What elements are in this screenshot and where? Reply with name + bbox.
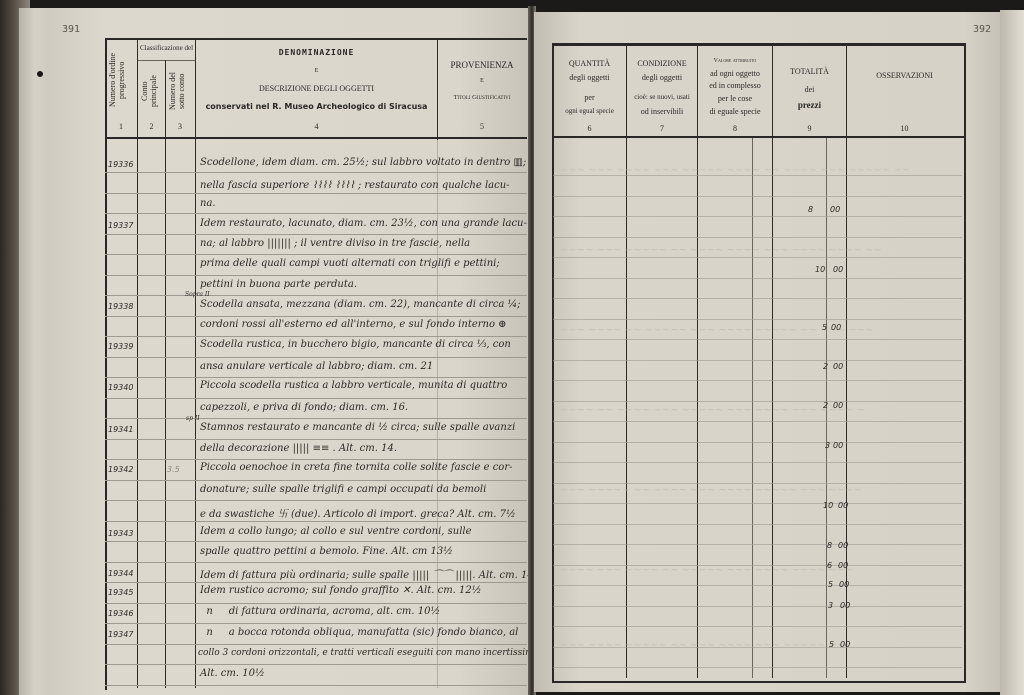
price-lire: 10 (823, 501, 833, 510)
entry-line: n a bocca rotonda obliqua, manufatta (si… (200, 627, 518, 638)
price-lire: 8 (827, 541, 832, 550)
header-col1-number: 1 (105, 122, 137, 131)
ruled-line (553, 667, 962, 668)
ruled-line (553, 401, 962, 402)
bleed-through-text: ~~~~ ~~~ ~~~~~ ~~ ~~~~ ~~~~ ~~~ ~~~~ ~~~… (560, 245, 882, 256)
header-valore-l5: di eguale specie (698, 106, 772, 117)
price-cents: 00 (839, 580, 849, 589)
price-lire: 2 (823, 401, 828, 410)
price-lire: 5 (822, 323, 827, 332)
entry-line: capezzoli, e priva di fondo; diam. cm. 1… (200, 402, 408, 413)
header-totalita-title: TOTALITÀ (773, 66, 846, 77)
header-col2-number: 2 (138, 122, 165, 131)
header-valore-l3: ed in complesso (698, 80, 772, 91)
header-col4-number: 4 (196, 122, 437, 131)
ruled-line (553, 503, 962, 504)
ruled-line (105, 234, 527, 235)
header-col5-number: 5 (438, 122, 526, 131)
right-page-number: 392 (973, 24, 991, 35)
entry-number: 19337 (108, 221, 133, 230)
entry-number: 19347 (108, 630, 133, 639)
header-totalita-l3: prezzi (773, 100, 846, 111)
ruled-line (553, 606, 962, 607)
bleed-through-text: ~~~ ~~~~~ ~~ ~~~~ ~~~ ~~~~ ~~~~~ ~~~ ~~~… (560, 485, 862, 496)
entry-line: collo 3 cordoni orizzontali, e tratti ve… (198, 648, 539, 658)
entry-line: donature; sulle spalle triglifi e campi … (200, 484, 486, 495)
left-header-rule (105, 137, 527, 139)
price-cents: 00 (840, 601, 850, 610)
ruled-line (105, 664, 527, 665)
header-denominazione: DENOMINAZIONE (196, 47, 437, 58)
entry-line: e da swastiche 卐 (due). Articolo di impo… (200, 505, 516, 520)
ruled-line (105, 521, 527, 522)
header-quantita-l3: per (553, 92, 626, 103)
entry-number: 19340 (108, 383, 133, 392)
header-valore-l4: per le cose (698, 93, 772, 104)
header-col9-number: 9 (773, 124, 846, 133)
binding-hole (37, 71, 43, 77)
price-lire: 3 (825, 441, 830, 450)
header-conservati: conservati nel R. Museo Archeologico di … (196, 101, 437, 112)
right-register-table (552, 43, 966, 683)
price-cents: 00 (833, 265, 843, 274)
header-totalita-l2: dei (773, 84, 846, 95)
ruled-line (105, 439, 527, 440)
header-descrizione: DESCRIZIONE DEGLI OGGETTI (196, 83, 437, 94)
ruled-line (105, 316, 527, 317)
left-col-divider-2 (165, 60, 166, 688)
header-col6-number: 6 (553, 124, 626, 133)
entry-col3-mark: 3.5 (167, 465, 180, 474)
entry-line: cordoni rossi all'esterno ed all'interno… (200, 319, 507, 330)
header-osservazioni-title: OSSERVAZIONI (847, 70, 962, 81)
entry-line: ansa anulare verticale al labbro; diam. … (200, 361, 433, 372)
ruled-line (105, 254, 527, 255)
price-cents: 00 (830, 205, 840, 214)
ruled-line (105, 418, 527, 419)
ruled-line (105, 172, 527, 173)
header-quantita-l4: ogni egual specie (553, 106, 626, 117)
price-cents: 00 (833, 401, 843, 410)
ruled-line (553, 278, 962, 279)
ruled-line (553, 421, 962, 422)
ruled-line (553, 319, 962, 320)
ruled-line (553, 442, 962, 443)
header-col10-number: 10 (847, 124, 962, 133)
price-lire: 5 (828, 580, 833, 589)
entry-number: 19338 (108, 302, 133, 311)
header-condizione-l3: cioè: se nuovi, usati (627, 92, 697, 103)
entry-line: Alt. cm. 10½ (200, 668, 265, 679)
ruled-line (105, 644, 527, 645)
bleed-through-text: ~~~ ~~~~ ~~~~~ ~~ ~~~ ~~~~ ~~~ ~~~~~ ~~ (560, 640, 845, 651)
entry-number: 19336 (108, 160, 133, 169)
entry-line: spalle quattro pettini a bemolo. Fine. A… (200, 546, 453, 557)
ruled-line (105, 459, 527, 460)
header-quantita-title: QUANTITÀ (553, 58, 626, 69)
ruled-line (105, 541, 527, 542)
ruled-line (105, 357, 527, 358)
entry-line: Idem a collo lungo; al collo e sul ventr… (200, 526, 472, 537)
price-cents: 00 (838, 561, 848, 570)
header-conto-principale: Conto principale (140, 66, 162, 116)
header-provenienza-e: E (438, 76, 526, 87)
entry-line: n di fattura ordinaria, acroma, alt. cm.… (200, 606, 440, 617)
left-col-divider-3 (195, 40, 196, 688)
entry-line: Scodella rustica, in bucchero bigio, man… (200, 339, 511, 350)
right-col-divider-6 (626, 45, 627, 678)
entry-number: 19345 (108, 588, 133, 597)
ruled-line (553, 216, 962, 217)
entry-number: 19344 (108, 569, 133, 578)
header-col3-number: 3 (165, 122, 195, 131)
entry-line: na. (200, 198, 216, 209)
entry-line: Piccola scodella rustica a labbro vertic… (200, 380, 507, 391)
right-header-rule (552, 136, 966, 138)
ruled-line (553, 585, 962, 586)
entry-annotation: Sopra II (185, 291, 210, 298)
header-classificazione: Classificazione del (138, 44, 195, 52)
price-lire: 8 (808, 205, 813, 214)
page-edge-right (1000, 10, 1024, 695)
entry-line: Idem rustico acromo; sul fondo graffito … (200, 585, 481, 596)
entry-line: Idem di fattura più ordinaria; sulle spa… (200, 566, 534, 581)
ruled-line (553, 483, 962, 484)
ruled-line (553, 298, 962, 299)
ruled-line (553, 380, 962, 381)
ruled-line (105, 398, 527, 399)
header-titoli: Titoli Giustificativi (438, 92, 526, 103)
price-lire: 6 (827, 561, 832, 570)
ruled-line (105, 480, 527, 481)
ruled-line (553, 544, 962, 545)
price-cents: 00 (833, 362, 843, 371)
header-condizione-title: CONDIZIONE (627, 58, 697, 69)
header-condizione-l4: od inservibili (627, 106, 697, 117)
classificazione-rule (138, 60, 195, 61)
header-provenienza: PROVENIENZA (438, 60, 526, 71)
ruled-line (105, 623, 527, 624)
ruled-line (553, 339, 962, 340)
entry-number: 19343 (108, 529, 133, 538)
header-col8-number: 8 (698, 124, 772, 133)
ruled-line (105, 336, 527, 337)
entry-line: nella fascia superiore ⌇⌇⌇⌇ ⌇⌇⌇⌇ ; resta… (200, 180, 510, 191)
entry-number: 19346 (108, 609, 133, 618)
price-lire: 10 (815, 265, 825, 274)
entry-line: Scodellone, idem diam. cm. 25½; sul labb… (200, 157, 526, 168)
header-quantita-l2: degli oggetti (553, 72, 626, 83)
ruled-line (105, 377, 527, 378)
entry-line: prima delle quali campi vuoti alternati … (200, 258, 500, 269)
ruled-line (105, 213, 527, 214)
right-col-divider-7 (697, 45, 698, 678)
ruled-line (105, 500, 527, 501)
entry-line: Idem restaurato, lacunato, diam. cm. 23½… (200, 218, 527, 229)
price-cents: 00 (838, 501, 848, 510)
entry-number: 19339 (108, 342, 133, 351)
entry-annotation: sp II (186, 415, 200, 422)
ruled-line (553, 237, 962, 238)
bleed-through-text: ~~~~ ~~~ ~~~~ ~~ ~~~~~ ~~~ ~~~~ ~~~~ ~~~ (560, 565, 854, 576)
price-lire: 3 (828, 601, 833, 610)
ruled-line (105, 685, 527, 686)
header-valore-title: Valore attribuito (698, 56, 772, 67)
ruled-line (553, 462, 962, 463)
price-cents: 00 (838, 541, 848, 550)
entry-line: na; al labbro ||||||| ; il ventre diviso… (200, 238, 470, 249)
header-sotto-conto: Numero del sotto conto (168, 66, 192, 116)
ruled-line (553, 524, 962, 525)
ruled-line (105, 603, 527, 604)
header-numero-ordine: Numero d'ordine progressivo (108, 44, 134, 116)
price-lire: 5 (829, 640, 834, 649)
ruled-line (553, 360, 962, 361)
entry-number: 19342 (108, 465, 133, 474)
price-lire: 2 (823, 362, 828, 371)
left-col-divider-1 (137, 40, 138, 688)
ruled-line (553, 196, 962, 197)
ruled-line (105, 582, 527, 583)
ruled-line (105, 275, 527, 276)
bleed-through-text: ~~~~ ~~ ~~~~ ~~~ ~~~~~ ~~~ ~~~~ ~~~ ~~~~… (560, 405, 865, 416)
left-page-number: 391 (62, 24, 80, 35)
entry-line: pettini in buona parte perduta. (200, 279, 357, 290)
entry-line: Piccola oenochoe in creta fine tornita c… (200, 462, 513, 473)
ruled-line (105, 562, 527, 563)
header-condizione-l2: degli oggetti (627, 72, 697, 83)
ruled-line (105, 295, 527, 296)
entry-line: Stamnos restaurato e mancante di ½ circa… (200, 422, 515, 433)
price-cents: 00 (831, 323, 841, 332)
entry-number: 19341 (108, 425, 133, 434)
header-valore-l2: ad ogni oggetto (698, 68, 772, 79)
header-col7-number: 7 (627, 124, 697, 133)
price-cents: 00 (840, 640, 850, 649)
price-cents: 00 (833, 441, 843, 450)
ruled-line (553, 626, 962, 627)
header-denominazione-e: E (196, 66, 437, 77)
bleed-through-text: ~~~ ~~~ ~~~~ ~~~ ~~~~~ ~~~~ ~~ ~~~~ ~~~ … (560, 165, 910, 176)
entry-line: della decorazione ||||| ≡≡ . Alt. cm. 14… (200, 443, 397, 454)
ruled-line (553, 257, 962, 258)
right-col-divider-8 (772, 45, 773, 678)
entry-line: Scodella ansata, mezzana (diam. cm. 22),… (200, 299, 521, 310)
ruled-line (105, 193, 527, 194)
